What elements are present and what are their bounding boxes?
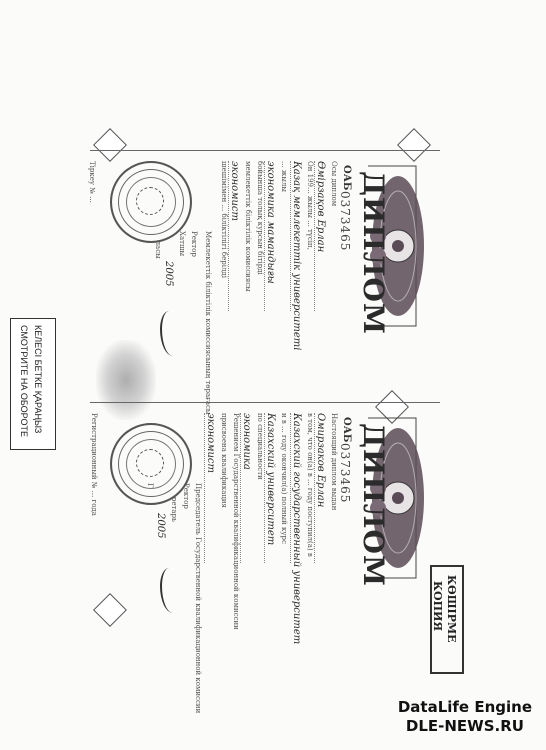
diploma-number: 0373465 bbox=[338, 191, 352, 251]
scanned-page: ДИПЛОМ ОАБ 0373465 Осы диплом Өмірзақов … bbox=[0, 0, 546, 750]
diploma-page-russian: ДИПЛОМ ОАБ 0373465 Настоящий диплом выда… bbox=[90, 402, 440, 633]
handwritten-name: Өмірзақов Ерлан bbox=[314, 161, 326, 311]
see-reverse-ru: СМОТРИТЕ НА ОБОРОТЕ bbox=[19, 325, 29, 437]
official-seal-icon bbox=[110, 161, 192, 243]
diploma-title: ДИПЛОМ bbox=[357, 171, 390, 335]
form-line: Председатель Государственной квалификаци… bbox=[194, 483, 202, 713]
handwritten-field: экономика мамандығы bbox=[264, 161, 276, 311]
form-line: Мемлекеттік біліктілік комиссиясының төр… bbox=[204, 231, 212, 415]
signature-icon bbox=[160, 568, 182, 613]
official-seal-icon bbox=[110, 423, 192, 505]
handwritten-field: Казахский государственный университет bbox=[290, 413, 302, 563]
form-line: и в ... году окончил(а) полный курс bbox=[280, 413, 288, 544]
form-line: в том, что он(а) в ... году поступил(а) … bbox=[306, 413, 314, 557]
signature-icon bbox=[160, 311, 182, 356]
diploma-number: 0373465 bbox=[338, 443, 352, 503]
form-line: Тіркеу № ... bbox=[88, 161, 96, 203]
diploma-title: ДИПЛОМ bbox=[357, 423, 390, 587]
handwritten-year: 2005 bbox=[163, 261, 174, 286]
handwritten-field: экономист bbox=[228, 161, 240, 311]
form-line: Регистрационный № ... года bbox=[90, 413, 98, 516]
form-line: ... жылы bbox=[280, 161, 288, 192]
see-reverse-kz: КЕЛЕСІ БЕТКЕ ҚАРАҢЫЗ bbox=[33, 325, 43, 433]
form-line: мемлекеттік біліктілік комиссиясы bbox=[244, 161, 252, 292]
handwritten-field: экономист bbox=[204, 413, 216, 563]
form-line: Решением Государственной квалификационно… bbox=[232, 413, 240, 630]
handwritten-field: Казахский университет bbox=[264, 413, 276, 563]
form-line: Осы диплом bbox=[330, 161, 338, 206]
diploma-series: ОАБ bbox=[341, 417, 352, 442]
form-line: присвоена квалификация bbox=[220, 413, 228, 508]
form-line: Настоящий диплом выдан bbox=[330, 413, 338, 510]
form-line: по специальности bbox=[256, 413, 264, 480]
see-reverse-stamp: КЕЛЕСІ БЕТКЕ ҚАРАҢЫЗ СМОТРИТЕ НА ОБОРОТЕ bbox=[10, 318, 56, 450]
diploma-series: ОАБ bbox=[341, 165, 352, 190]
form-line: Ректор bbox=[190, 231, 198, 257]
watermark-line2: DLE-NEWS.RU bbox=[398, 717, 532, 736]
form-line: бойынша толық курсын бітірді bbox=[256, 161, 264, 275]
form-line: Он 199... жылы ... түсіп, bbox=[306, 161, 314, 250]
handwritten-field: экономика bbox=[240, 413, 252, 563]
copy-stamp: КӨШІРМЕ КОПИЯ bbox=[430, 565, 464, 674]
form-line: Хатшы bbox=[178, 231, 186, 256]
form-line: шешімімен ... біліктілігі берілді bbox=[220, 161, 228, 278]
handwritten-year: 2005 bbox=[155, 513, 166, 538]
site-watermark: DataLife Engine DLE-NEWS.RU bbox=[398, 698, 532, 736]
copy-kz: КӨШІРМЕ bbox=[445, 575, 458, 643]
handwritten-name: Омирзаков Ерлан bbox=[314, 413, 326, 563]
copy-ru: КОПИЯ bbox=[431, 581, 444, 631]
handwritten-field: Қазақ мемлекеттік университеті bbox=[290, 161, 302, 311]
watermark-line1: DataLife Engine bbox=[398, 698, 532, 717]
